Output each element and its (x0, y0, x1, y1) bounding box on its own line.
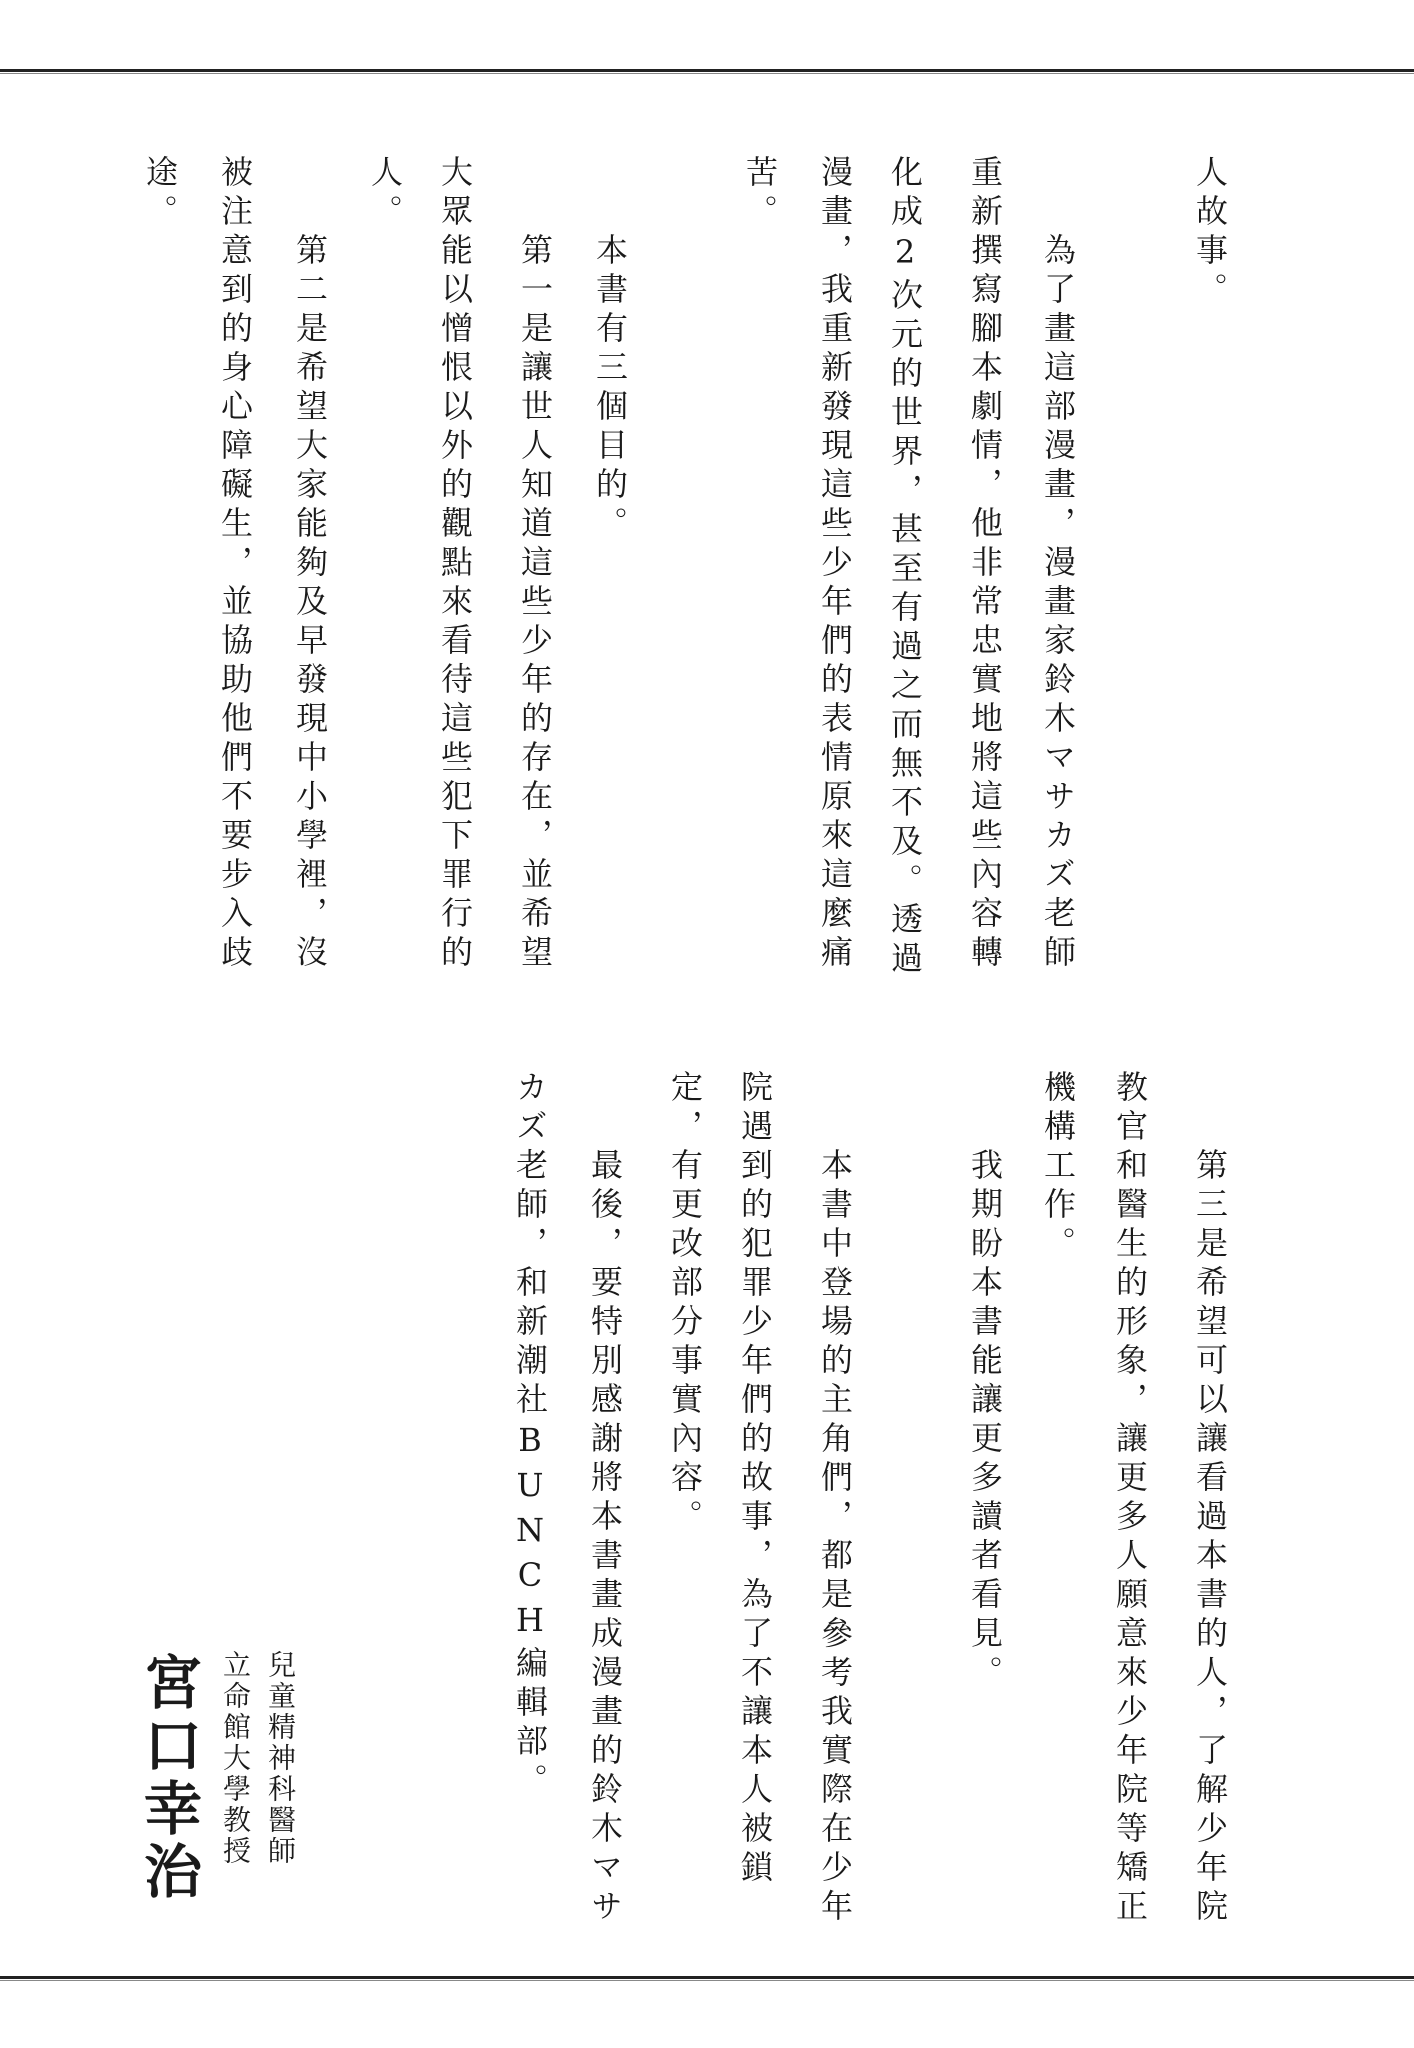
text-column: 第三是希望可以讓看過本書的人，了解少年院 (1190, 1070, 1230, 1928)
text-column: カズ老師，和新潮社BUNCH編輯部。 (510, 1070, 550, 1802)
text-column: 最後，要特別感謝將本書畫成漫畫的鈴木マサ (585, 1070, 625, 1928)
text-column: 機構工作。 (1038, 1070, 1078, 1265)
text-column: 第一是讓世人知道這些少年的存在，並希望 (515, 155, 555, 974)
text-column: 第二是希望大家能夠及早發現中小學裡，沒 (290, 155, 330, 974)
text-column: 教官和醫生的形象，讓更多人願意來少年院等矯正 (1110, 1070, 1150, 1928)
top-rule (0, 69, 1414, 72)
text-column: 重新撰寫腳本劇情，他非常忠實地將這些內容轉 (965, 155, 1005, 974)
text-column: 途。 (140, 155, 180, 233)
author-title-line-1: 兒童精神科醫師 (263, 1650, 297, 1867)
text-column: 漫畫，我重新發現這些少年們的表情原來這麼痛 (815, 155, 855, 974)
text-column: 為了畫這部漫畫，漫畫家鈴木マサカズ老師 (1038, 155, 1078, 974)
text-column: 人。 (365, 155, 405, 233)
text-column: 定，有更改部分事實內容。 (665, 1070, 705, 1538)
author-name: 宮口幸治 (137, 1652, 199, 1904)
text-column: 被注意到的身心障礙生，並協助他們不要步入歧 (215, 155, 255, 974)
text-column: 大眾能以憎恨以外的觀點來看待這些犯下罪行的 (435, 155, 475, 974)
text-column: 人故事。 (1190, 155, 1230, 311)
text-column: 院遇到的犯罪少年們的故事，為了不讓本人被鎖 (735, 1070, 775, 1889)
text-column: 本書有三個目的。 (590, 155, 630, 545)
text-column: 化成2次元的世界，甚至有過之而無不及。透過 (885, 155, 925, 980)
text-column: 本書中登場的主角們，都是參考我實際在少年 (815, 1070, 855, 1928)
bottom-rule (0, 1976, 1414, 1979)
text-column: 我期盼本書能讓更多讀者看見。 (965, 1070, 1005, 1694)
author-title-line-2: 立命館大學教授 (218, 1650, 252, 1867)
text-column: 苦。 (740, 155, 780, 233)
